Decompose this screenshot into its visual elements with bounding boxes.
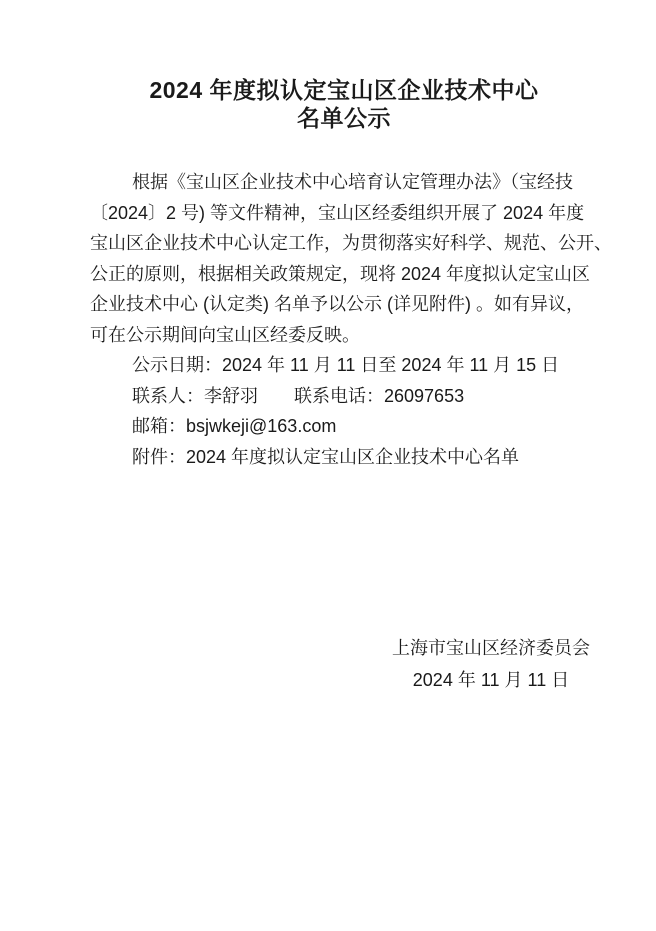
signature-block: 上海市宝山区经济委员会 2024 年 11 月 11 日 xyxy=(90,633,598,696)
document-page: 2024 年度拟认定宝山区企业技术中心 名单公示 根据《宝山区企业技术中心培育认… xyxy=(0,0,656,931)
info-line-attachment: 附件：2024 年度拟认定宝山区企业技术中心名单 xyxy=(90,442,598,473)
signature-inner: 上海市宝山区经济委员会 2024 年 11 月 11 日 xyxy=(392,633,590,696)
document-title: 2024 年度拟认定宝山区企业技术中心 名单公示 xyxy=(90,76,598,132)
title-line-1: 2024 年度拟认定宝山区企业技术中心 xyxy=(90,76,598,104)
info-line-email: 邮箱：bsjwkeji@163.com xyxy=(90,411,598,442)
title-line-2: 名单公示 xyxy=(90,104,598,132)
paragraph-line: 根据《宝山区企业技术中心培育认定管理办法》（宝经技 xyxy=(90,167,598,198)
document-content: 2024 年度拟认定宝山区企业技术中心 名单公示 根据《宝山区企业技术中心培育认… xyxy=(90,0,598,696)
paragraph-line: 公正的原则，根据相关政策规定，现将 2024 年度拟认定宝山区 xyxy=(90,259,598,290)
paragraph-line: 〔2024〕2 号) 等文件精神，宝山区经委组织开展了 2024 年度 xyxy=(90,198,598,229)
info-line-contact: 联系人：李舒羽 联系电话：26097653 xyxy=(90,381,598,412)
document-body: 根据《宝山区企业技术中心培育认定管理办法》（宝经技 〔2024〕2 号) 等文件… xyxy=(90,167,598,472)
paragraph-line: 宝山区企业技术中心认定工作，为贯彻落实好科学、规范、公开、 xyxy=(90,228,598,259)
paragraph-line: 可在公示期间向宝山区经委反映。 xyxy=(90,320,598,351)
signature-date: 2024 年 11 月 11 日 xyxy=(392,665,590,697)
info-line-publish-dates: 公示日期：2024 年 11 月 11 日至 2024 年 11 月 15 日 xyxy=(90,350,598,381)
signature-organization: 上海市宝山区经济委员会 xyxy=(392,633,590,665)
paragraph-line: 企业技术中心 (认定类) 名单予以公示 (详见附件) 。如有异议， xyxy=(90,289,598,320)
